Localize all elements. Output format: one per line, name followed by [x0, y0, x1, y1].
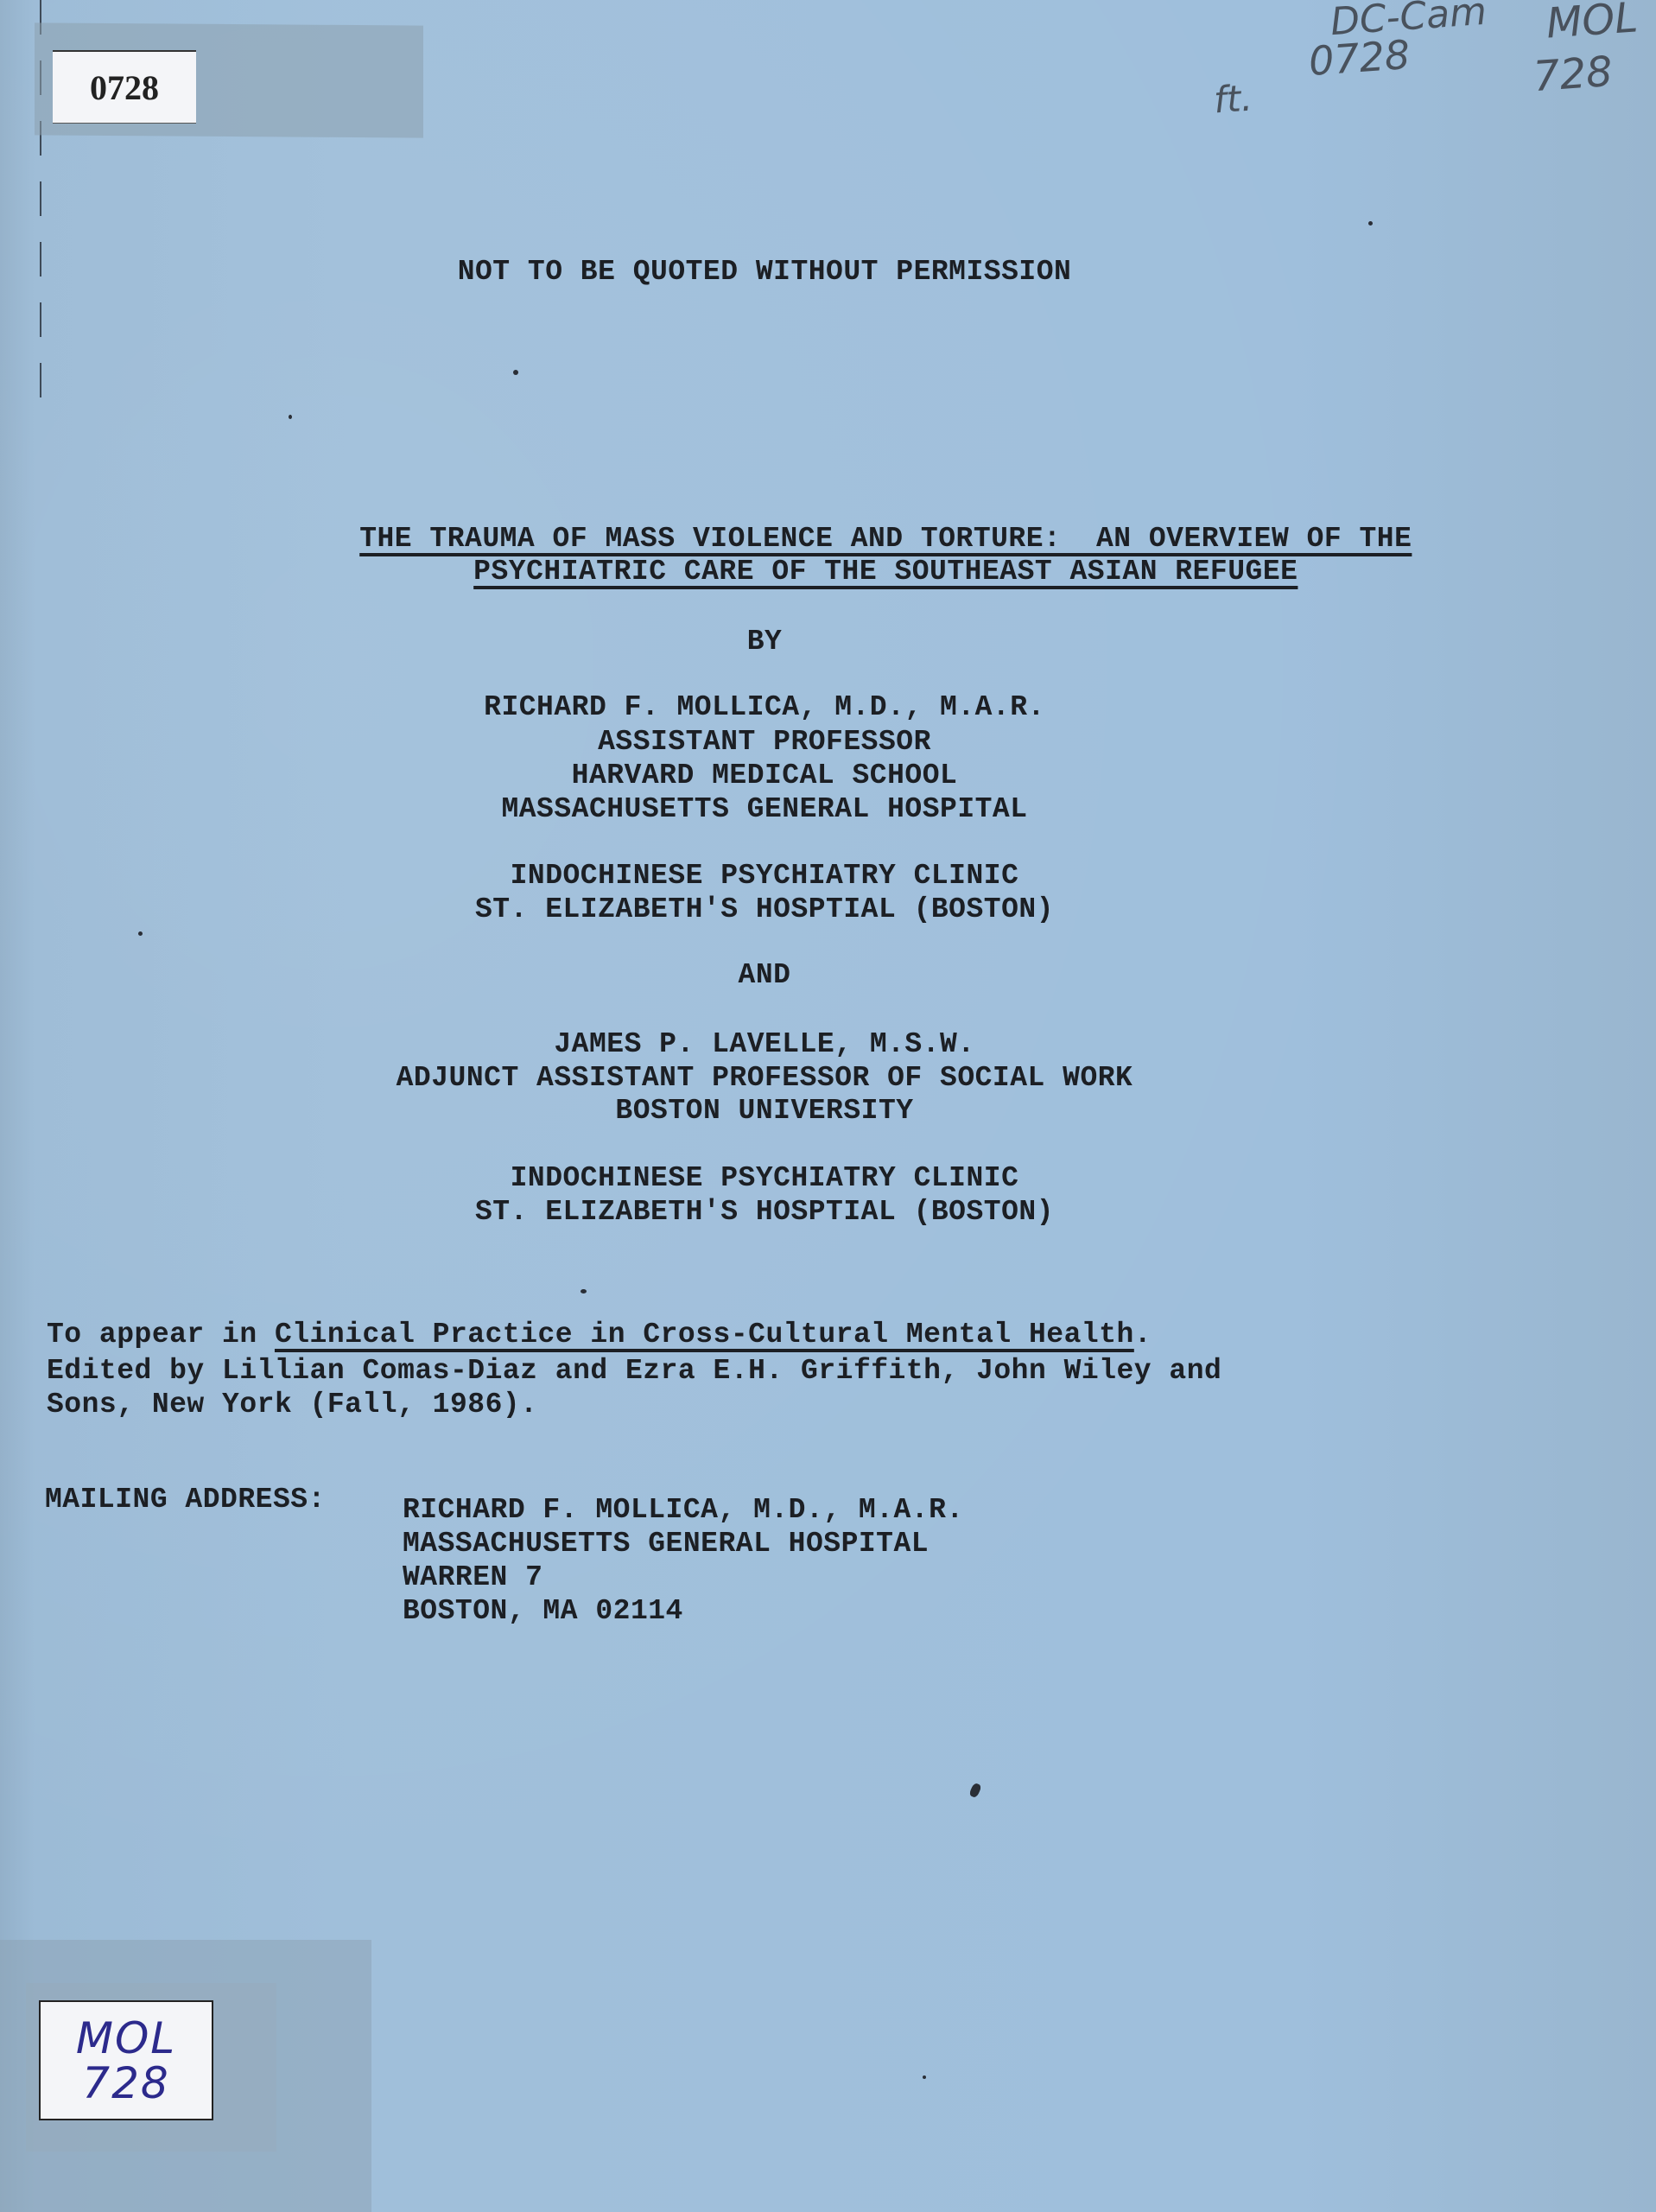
handwritten-ft: ft. — [1212, 77, 1253, 122]
publication-line-3: Sons, New York (Fall, 1986). — [47, 1389, 538, 1421]
author2-university: BOSTON UNIVERSITY — [0, 1095, 1529, 1127]
archive-number-label: 0728 — [53, 50, 196, 124]
publication-prefix: To appear in — [47, 1319, 275, 1351]
author1-clinic: INDOCHINESE PSYCHIATRY CLINIC — [0, 860, 1529, 892]
mol-tag-line-1: MOL — [76, 2016, 176, 2061]
publication-suffix: . — [1134, 1319, 1152, 1351]
paper-speck — [923, 2075, 926, 2079]
title-line-2-text: PSYCHIATRIC CARE OF THE SOUTHEAST ASIAN … — [473, 556, 1298, 588]
permission-notice: NOT TO BE QUOTED WITHOUT PERMISSION — [0, 256, 1529, 288]
author2-position: ADJUNCT ASSISTANT PROFESSOR OF SOCIAL WO… — [0, 1062, 1529, 1094]
title-line-2: PSYCHIATRIC CARE OF THE SOUTHEAST ASIAN … — [0, 524, 1633, 588]
mailing-line-1: RICHARD F. MOLLICA, M.D., M.A.R. — [403, 1494, 964, 1526]
author2-clinic: INDOCHINESE PSYCHIATRY CLINIC — [0, 1162, 1529, 1194]
and-label: AND — [0, 959, 1529, 991]
author1-name: RICHARD F. MOLLICA, M.D., M.A.R. — [0, 691, 1529, 723]
mailing-line-2: MASSACHUSETTS GENERAL HOSPITAL — [403, 1528, 929, 1560]
paper-speck — [138, 931, 143, 936]
mailing-label: MAILING ADDRESS: — [45, 1484, 326, 1516]
paper-speck — [513, 370, 518, 375]
author1-clinic-hospital: ST. ELIZABETH'S HOSPTIAL (BOSTON) — [0, 893, 1529, 925]
by-label: BY — [0, 626, 1529, 658]
paper-speck — [1368, 221, 1373, 226]
publication-line-2: Edited by Lillian Comas-Diaz and Ezra E.… — [47, 1355, 1221, 1387]
author1-position: ASSISTANT PROFESSOR — [0, 726, 1529, 758]
handwritten-mol: MOL — [1545, 0, 1640, 48]
publication-line-1: To appear in Clinical Practice in Cross-… — [47, 1319, 1152, 1351]
author1-school: HARVARD MEDICAL SCHOOL — [0, 760, 1529, 791]
author2-name: JAMES P. LAVELLE, M.S.W. — [0, 1028, 1529, 1060]
author2-clinic-hospital: ST. ELIZABETH'S HOSPTIAL (BOSTON) — [0, 1196, 1529, 1228]
author1-hospital: MASSACHUSETTS GENERAL HOSPITAL — [0, 793, 1529, 825]
mailing-line-3: WARREN 7 — [403, 1561, 542, 1593]
mailing-line-4: BOSTON, MA 02114 — [403, 1595, 683, 1627]
paper-speck — [581, 1289, 587, 1294]
handwritten-dc-cam-number: 0728 — [1307, 31, 1412, 85]
mol-tag-label: MOL 728 — [39, 2000, 213, 2120]
handwritten-mol-number: 728 — [1532, 48, 1614, 101]
archive-number: 0728 — [90, 67, 159, 108]
paper-speck — [289, 415, 292, 419]
book-title: Clinical Practice in Cross-Cultural Ment… — [275, 1319, 1134, 1351]
mol-tag-line-2: 728 — [82, 2061, 169, 2106]
